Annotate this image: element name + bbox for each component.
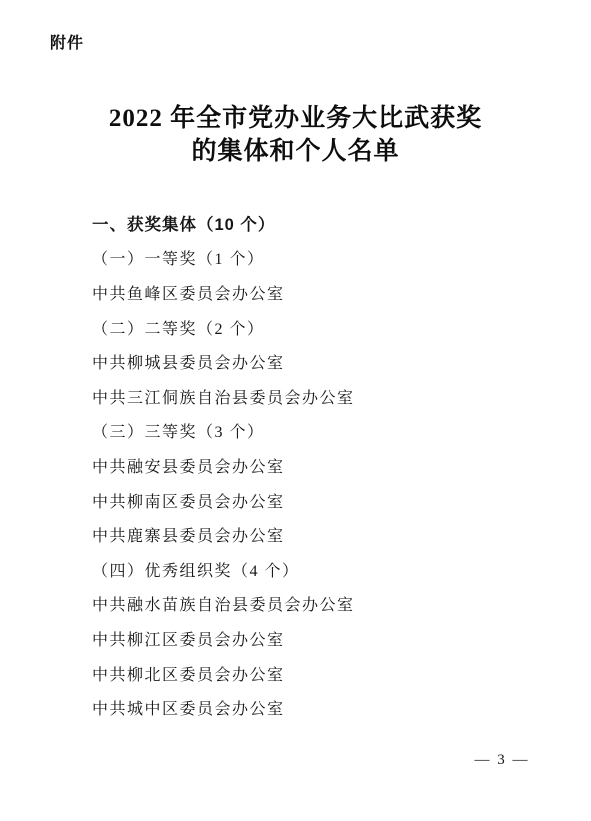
page-number: — 3 — [452,752,552,769]
org-name: 中共融安县委员会办公室 [92,448,532,483]
document-title: 2022 年全市党办业务大比武获奖 的集体和个人名单 [0,102,591,168]
tier-heading-second-prize: （二）二等奖（2 个） [92,310,532,345]
tier-heading-first-prize: （一）一等奖（1 个） [92,241,532,276]
org-name: 中共城中区委员会办公室 [92,690,532,725]
attachment-label: 附件 [50,30,84,53]
document-title-line-2: 的集体和个人名单 [0,135,591,168]
org-name: 中共柳南区委员会办公室 [92,483,532,518]
org-name: 中共柳江区委员会办公室 [92,621,532,656]
org-name: 中共柳北区委员会办公室 [92,656,532,691]
section-heading-collectives: 一、获奖集体（10 个） [92,206,532,241]
org-name: 中共融水苗族自治县委员会办公室 [92,587,532,622]
document-page: 附件 2022 年全市党办业务大比武获奖 的集体和个人名单 一、获奖集体（10 … [0,0,591,821]
org-name: 中共三江侗族自治县委员会办公室 [92,379,532,414]
document-title-line-1: 2022 年全市党办业务大比武获奖 [0,102,591,135]
tier-heading-third-prize: （三）三等奖（3 个） [92,414,532,449]
org-name: 中共柳城县委员会办公室 [92,344,532,379]
tier-heading-organization-award: （四）优秀组织奖（4 个） [92,552,532,587]
document-body: 一、获奖集体（10 个） （一）一等奖（1 个） 中共鱼峰区委员会办公室 （二）… [92,206,532,725]
org-name: 中共鹿寨县委员会办公室 [92,517,532,552]
org-name: 中共鱼峰区委员会办公室 [92,275,532,310]
